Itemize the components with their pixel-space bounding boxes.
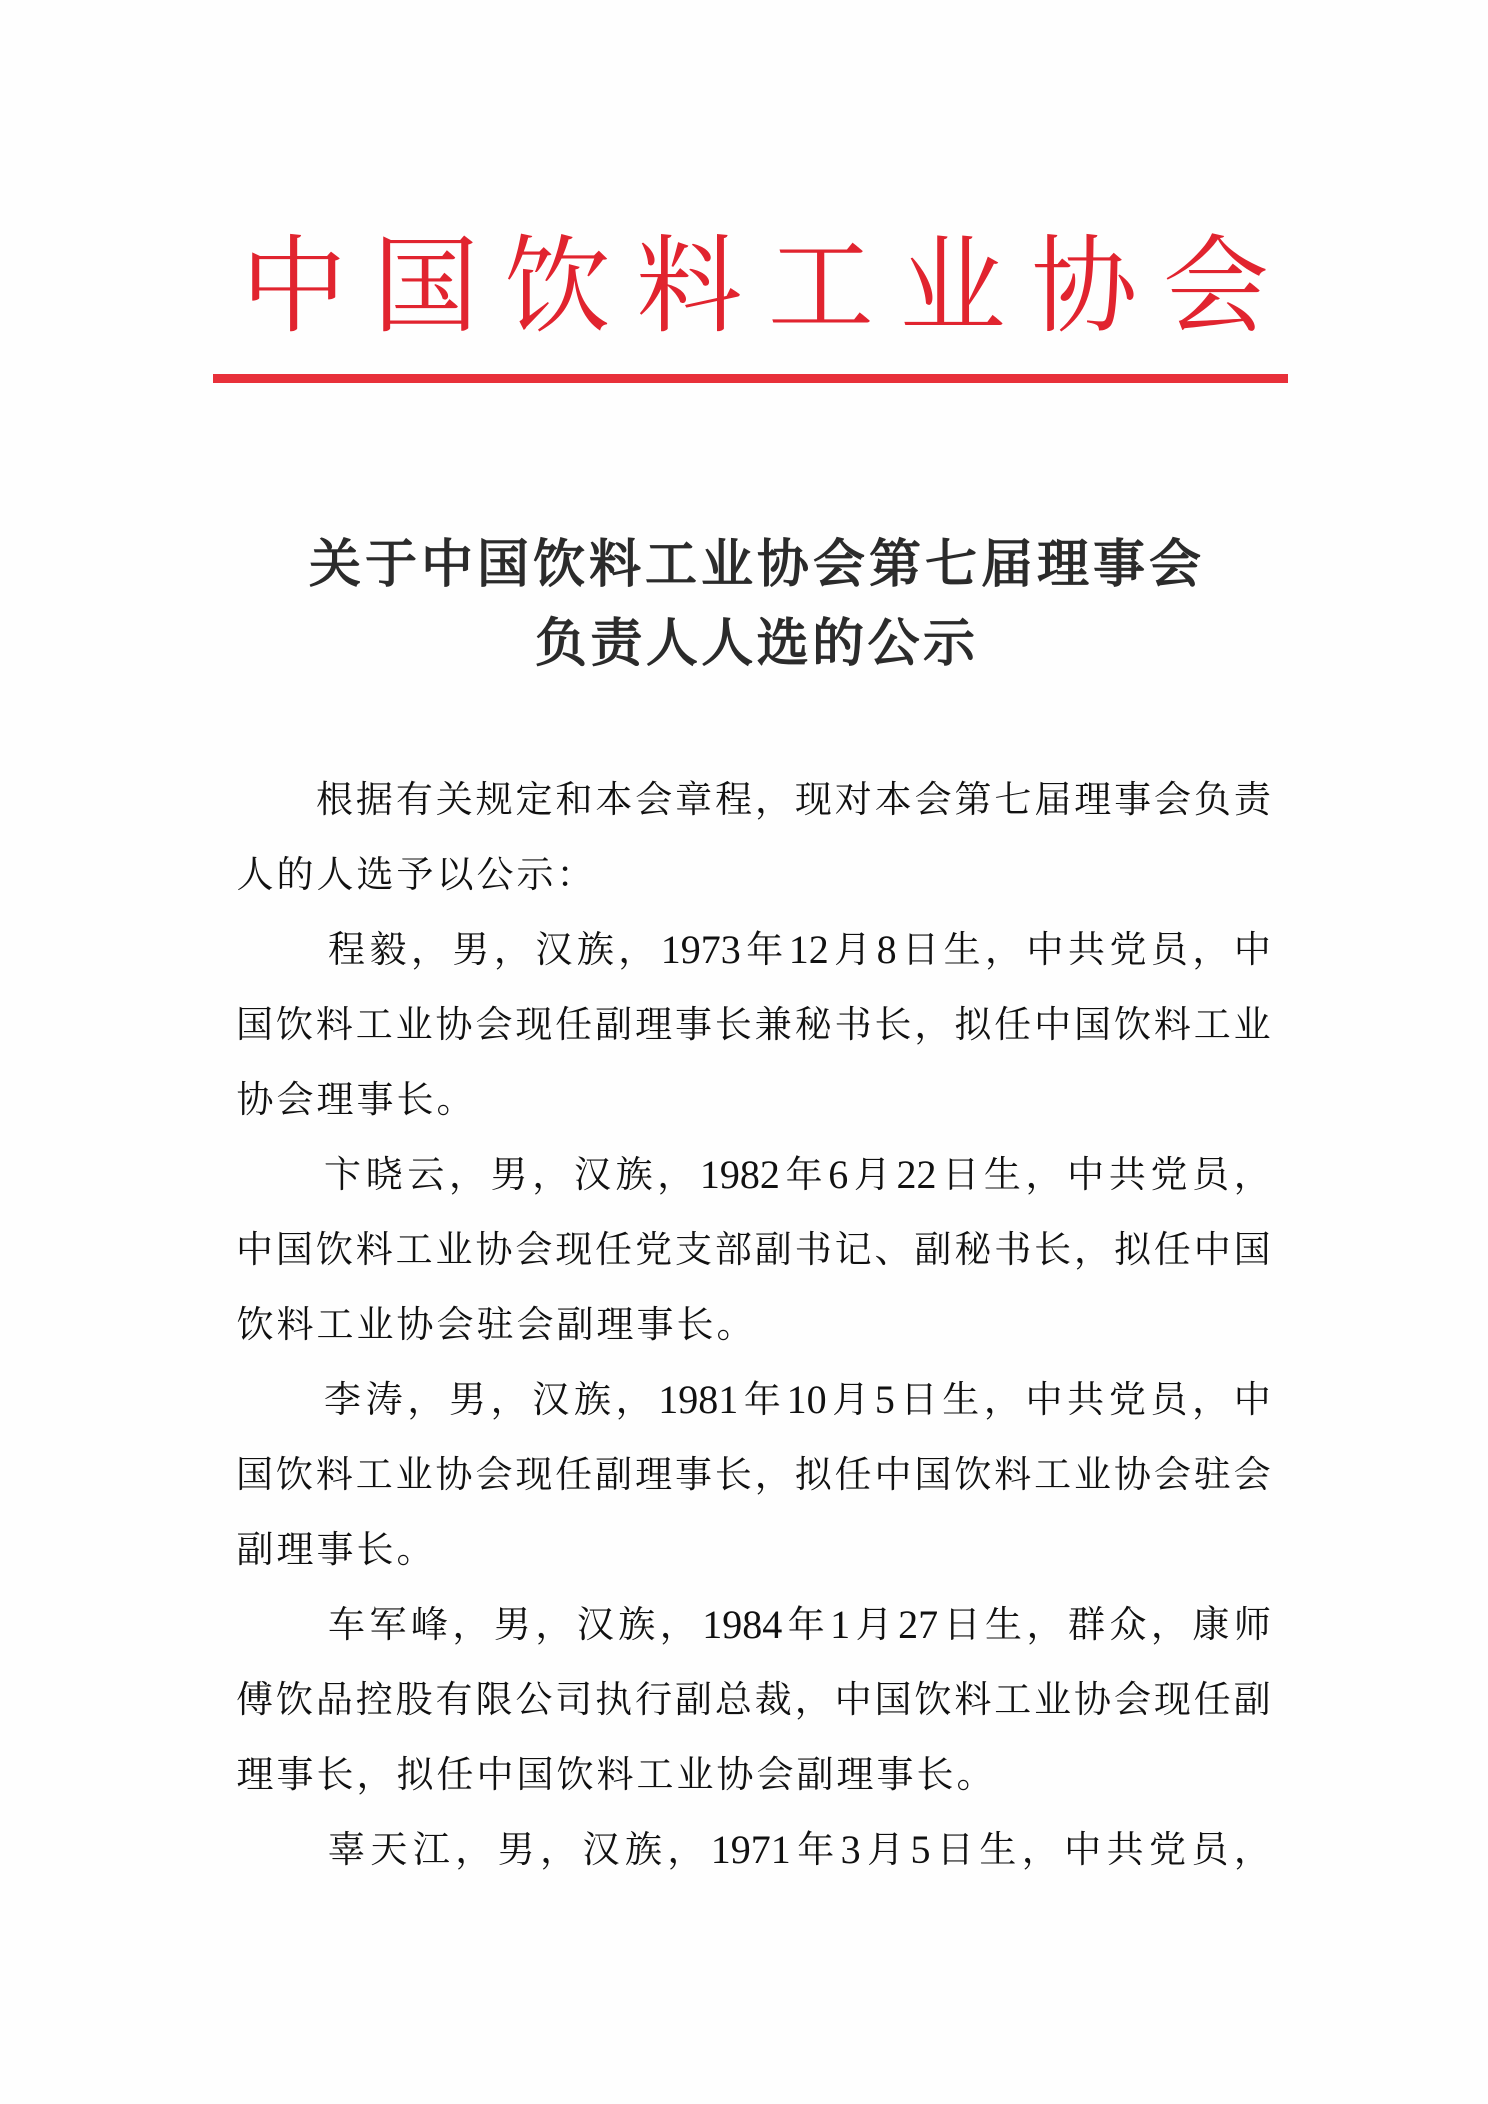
title-char: 理	[1037, 535, 1089, 595]
title-char: 中	[421, 535, 473, 595]
title-char: 国	[372, 222, 480, 352]
body-text-line: 卞晓云，男，汉族，1982年6月22日生，中共党员，	[323, 1150, 1272, 1200]
title-char: 工	[645, 535, 697, 595]
title-char: 事	[1093, 535, 1145, 595]
title-char: 关	[309, 535, 361, 595]
body-text-line: 程毅，男，汉族，1973年12月8日生，中共党员，中	[327, 925, 1272, 975]
body-text-line: 协会理事长。	[235, 1075, 475, 1125]
title-char: 负	[534, 614, 588, 674]
body-text-line: 车军峰，男，汉族，1984年1月27日生，群众，康师	[327, 1600, 1272, 1650]
title-char: 届	[981, 535, 1033, 595]
body-text-line: 根据有关规定和本会章程，现对本会第七届理事会负责	[315, 775, 1272, 825]
title-char: 业	[899, 222, 1007, 352]
title-char: 第	[869, 535, 921, 595]
title-char: 的	[811, 614, 865, 674]
body-text-line: 饮料工业协会驻会副理事长。	[235, 1300, 755, 1350]
letterhead-title: 中国饮料工业协会	[240, 222, 1270, 352]
body-text-line: 辜天江，男，汉族，1971年3月5日生，中共党员，	[327, 1825, 1272, 1875]
body-text-line: 国饮料工业协会现任副理事长兼秘书长，拟任中国饮料工业	[235, 1000, 1272, 1050]
body-text-line: 副理事长。	[235, 1525, 435, 1575]
body-text-line: 傅饮品控股有限公司执行副总裁，中国饮料工业协会现任副	[235, 1675, 1272, 1725]
title-char: 人	[645, 614, 699, 674]
title-char: 于	[365, 535, 417, 595]
title-char: 选	[756, 614, 810, 674]
body-text-line: 中国饮料工业协会现任党支部副书记、副秘书长，拟任中国	[235, 1225, 1272, 1275]
title-char: 工	[767, 222, 875, 352]
title-char: 业	[701, 535, 753, 595]
letterhead-red-rule	[213, 374, 1288, 383]
document-title-line-1: 关于中国饮料工业协会第七届理事会	[309, 535, 1201, 595]
title-char: 协	[1030, 222, 1138, 352]
title-char: 中	[240, 222, 348, 352]
document-page: 中国饮料工业协会 关于中国饮料工业协会第七届理事会 负责人人选的公示 根据有关规…	[0, 0, 1488, 2104]
title-char: 国	[477, 535, 529, 595]
title-char: 会	[1149, 535, 1201, 595]
title-char: 会	[813, 535, 865, 595]
title-char: 示	[922, 614, 976, 674]
title-char: 人	[700, 614, 754, 674]
title-char: 协	[757, 535, 809, 595]
title-char: 公	[867, 614, 921, 674]
body-text-line: 理事长，拟任中国饮料工业协会副理事长。	[235, 1750, 995, 1800]
body-text-line: 人的人选予以公示：	[235, 850, 595, 900]
title-char: 饮	[503, 222, 611, 352]
title-char: 责	[589, 614, 643, 674]
body-text-line: 李涛，男，汉族，1981年10月5日生，中共党员，中	[323, 1375, 1272, 1425]
title-char: 料	[589, 535, 641, 595]
title-char: 料	[635, 222, 743, 352]
document-title-line-2: 负责人人选的公示	[534, 614, 976, 674]
body-text-line: 国饮料工业协会现任副理事长，拟任中国饮料工业协会驻会	[235, 1450, 1272, 1500]
title-char: 七	[925, 535, 977, 595]
title-char: 会	[1162, 222, 1270, 352]
title-char: 饮	[533, 535, 585, 595]
